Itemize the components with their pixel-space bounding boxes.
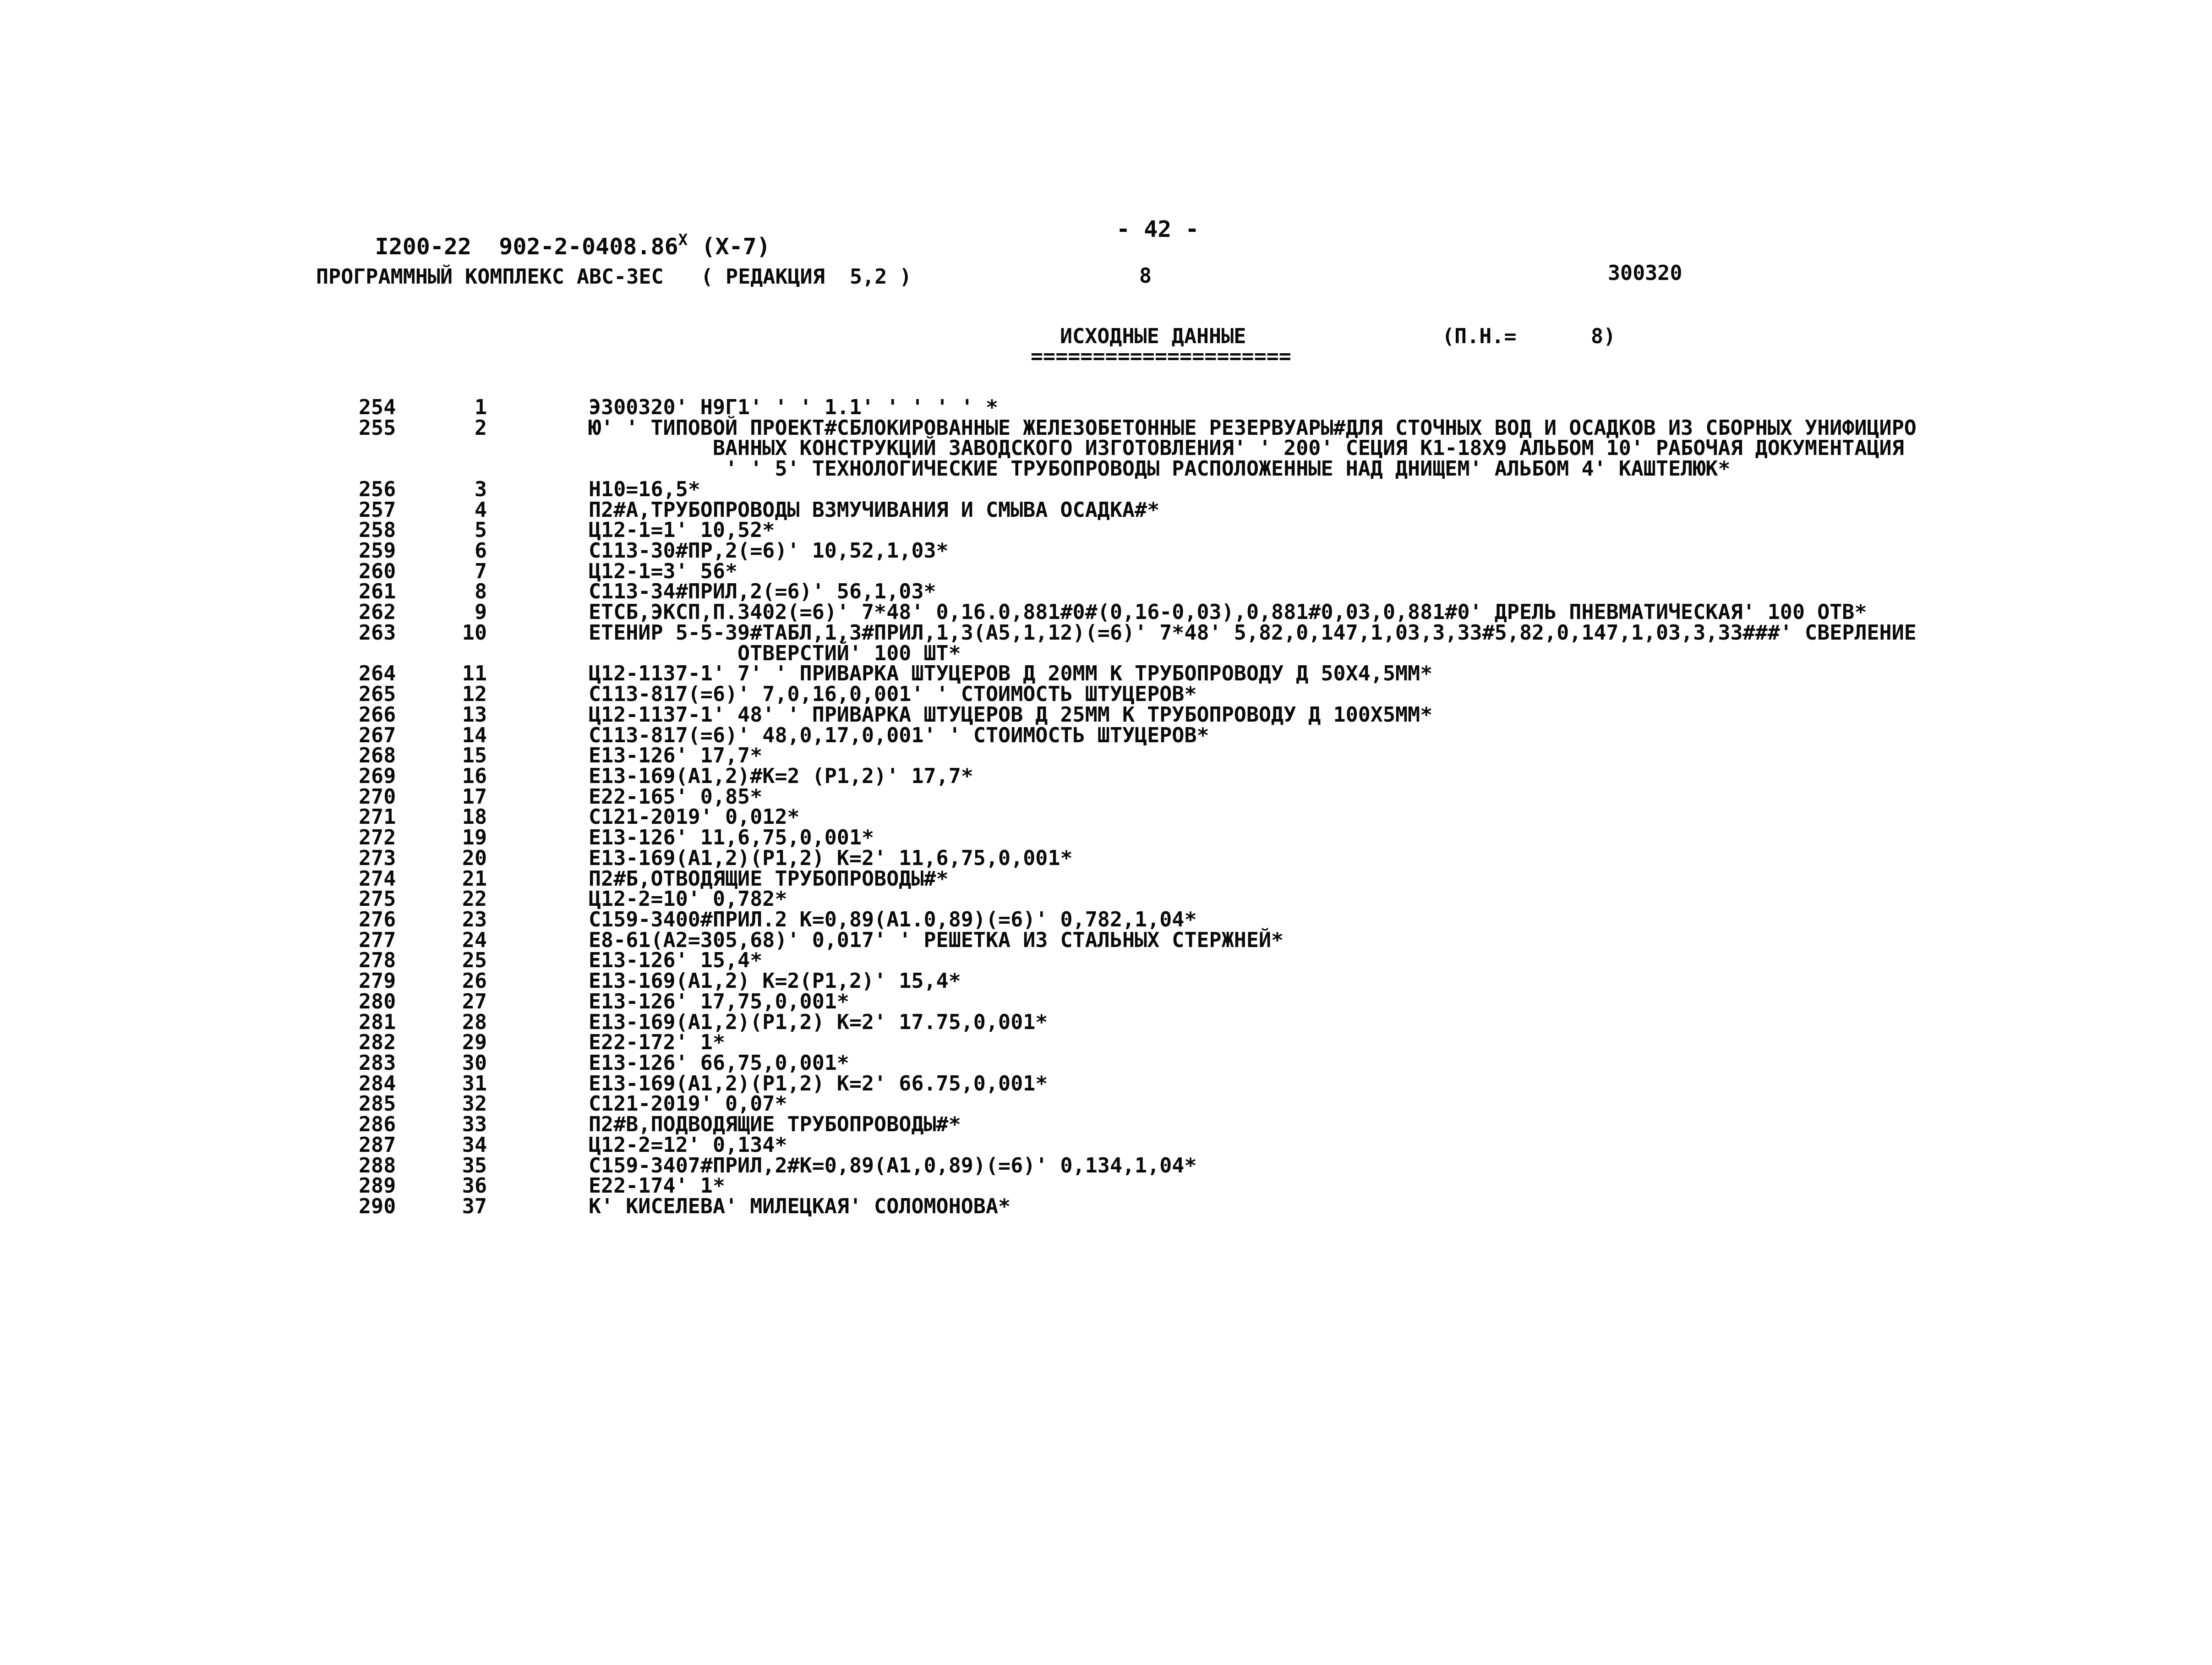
listing-row: 285 32 С121-2019' 0,07* bbox=[0, 1093, 2212, 1114]
statement-number: 15 bbox=[412, 745, 487, 766]
listing-row: 258 5 Ц12-1=1' 10,52* bbox=[0, 520, 2212, 541]
line-number: 258 bbox=[359, 520, 396, 541]
line-number: 257 bbox=[359, 499, 396, 520]
statement-text: Е22-174' 1* bbox=[589, 1175, 725, 1196]
statement-number: 28 bbox=[412, 1012, 487, 1033]
statement-text: Е13-169(А1,2)(Р1,2) К=2' 66.75,0,001* bbox=[589, 1073, 1048, 1094]
statement-text: С121-2019' 0,012* bbox=[589, 806, 800, 827]
listing-row: 283 30 Е13-126' 66,75,0,001* bbox=[0, 1052, 2212, 1073]
listing-row: 266 13 Ц12-1137-1' 48' ' ПРИВАРКА ШТУЦЕР… bbox=[0, 704, 2212, 725]
line-number: 285 bbox=[359, 1093, 396, 1114]
statement-text: Ц12-1137-1' 48' ' ПРИВАРКА ШТУЦЕРОВ Д 25… bbox=[589, 704, 1432, 725]
statement-text: ' ' 5' ТЕХНОЛОГИЧЕСКИЕ ТРУБОПРОВОДЫ РАСП… bbox=[589, 458, 1731, 479]
line-number: 286 bbox=[359, 1114, 396, 1135]
line-number: 263 bbox=[359, 622, 396, 643]
line-number: 274 bbox=[359, 868, 396, 889]
listing-row: 282 29 Е22-172' 1* bbox=[0, 1032, 2212, 1053]
statement-text: Ц12-1=3' 56* bbox=[589, 561, 737, 582]
statement-text: Ц12-2=10' 0,782* bbox=[589, 888, 787, 909]
listing-row: 287 34 Ц12-2=12' 0,134* bbox=[0, 1134, 2212, 1156]
listing-row: 265 12 С113-817(=6)' 7,0,16,0,001' ' СТО… bbox=[0, 684, 2212, 705]
statement-text: С159-3407#ПРИЛ,2#К=0,89(А1,0,89)(=6)' 0,… bbox=[589, 1155, 1197, 1176]
listing-row: 276 23 С159-3400#ПРИЛ.2 К=0,89(А1.0,89)(… bbox=[0, 909, 2212, 930]
statement-text: С159-3400#ПРИЛ.2 К=0,89(А1.0,89)(=6)' 0,… bbox=[589, 909, 1197, 930]
line-number: 266 bbox=[359, 704, 396, 725]
line-number: 260 bbox=[359, 561, 396, 582]
listing-row: 281 28 Е13-169(А1,2)(Р1,2) К=2' 17.75,0,… bbox=[0, 1012, 2212, 1033]
statement-text: Э300320' Н9Г1' ' ' 1.1' ' ' ' ' * bbox=[589, 397, 998, 418]
statement-number: 7 bbox=[412, 561, 487, 582]
listing-row: ВАННЫХ КОНСТРУКЦИЙ ЗАВОДСКОГО ИЗГОТОВЛЕН… bbox=[0, 438, 2212, 459]
listing-row: 270 17 Е22-165' 0,85* bbox=[0, 786, 2212, 807]
statement-text: С113-30#ПР,2(=6)' 10,52,1,03* bbox=[589, 540, 949, 561]
listing-row: 256 3 Н10=16,5* bbox=[0, 479, 2212, 500]
line-number: 275 bbox=[359, 888, 396, 909]
line-number: 265 bbox=[359, 684, 396, 705]
statement-text: Е22-172' 1* bbox=[589, 1032, 725, 1053]
listing-row: 260 7 Ц12-1=3' 56* bbox=[0, 561, 2212, 582]
listing-row: 257 4 П2#А,ТРУБОПРОВОДЫ ВЗМУЧИВАНИЯ И СМ… bbox=[0, 499, 2212, 520]
statement-text: П2#Б,ОТВОДЯЩИЕ ТРУБОПРОВОДЫ#* bbox=[589, 868, 949, 889]
line-number: 269 bbox=[359, 766, 396, 787]
statement-number: 26 bbox=[412, 970, 487, 991]
listing-row: 288 35 С159-3407#ПРИЛ,2#К=0,89(А1,0,89)(… bbox=[0, 1155, 2212, 1176]
line-number: 255 bbox=[359, 417, 396, 438]
document-code-tail: (Х-7) bbox=[688, 233, 770, 260]
statement-number: 22 bbox=[412, 888, 487, 909]
listing-row: 255 2 Ю' ' ТИПОВОЙ ПРОЕКТ#СБЛОКИРОВАННЫЕ… bbox=[0, 417, 2212, 438]
statement-number: 9 bbox=[412, 602, 487, 623]
statement-number: 36 bbox=[412, 1175, 487, 1196]
statement-number: 13 bbox=[412, 704, 487, 725]
statement-number: 14 bbox=[412, 725, 487, 746]
listing-row: 263 10 ЕТЕНИР 5-5-39#ТАБЛ,1,3#ПРИЛ,1,3(А… bbox=[0, 622, 2212, 643]
line-number: 254 bbox=[359, 397, 396, 418]
statement-number: 29 bbox=[412, 1032, 487, 1053]
listing-row: 290 37 К' КИСЕЛЕВА' МИЛЕЦКАЯ' СОЛОМОНОВА… bbox=[0, 1196, 2212, 1217]
statement-number: 19 bbox=[412, 827, 487, 848]
line-number: 290 bbox=[359, 1196, 396, 1217]
statement-text: ВАННЫХ КОНСТРУКЦИЙ ЗАВОДСКОГО ИЗГОТОВЛЕН… bbox=[589, 438, 1904, 459]
statement-number: 34 bbox=[412, 1134, 487, 1156]
section-title-underline: ===================== bbox=[1031, 345, 1291, 367]
statement-text: Е13-126' 11,6,75,0,001* bbox=[589, 827, 874, 848]
statement-text: Е13-126' 66,75,0,001* bbox=[589, 1052, 849, 1073]
statement-number: 10 bbox=[412, 622, 487, 643]
statement-number: 32 bbox=[412, 1093, 487, 1114]
statement-number: 3 bbox=[412, 479, 487, 500]
sheet-number: 8 bbox=[1139, 265, 1152, 286]
line-number: 271 bbox=[359, 806, 396, 827]
statement-number: 35 bbox=[412, 1155, 487, 1176]
line-number: 289 bbox=[359, 1175, 396, 1196]
statement-text: Е13-169(А1,2)#К=2 (Р1,2)' 17,7* bbox=[589, 766, 973, 787]
statement-number: 6 bbox=[412, 540, 487, 561]
line-number: 287 bbox=[359, 1134, 396, 1156]
statement-text: Ц12-2=12' 0,134* bbox=[589, 1134, 787, 1156]
statement-text: С113-817(=6)' 48,0,17,0,001' ' СТОИМОСТЬ… bbox=[589, 725, 1209, 746]
listing-row: 277 24 Е8-61(А2=305,68)' 0,017' ' РЕШЕТК… bbox=[0, 930, 2212, 951]
listing-row: 264 11 Ц12-1137-1' 7' ' ПРИВАРКА ШТУЦЕРО… bbox=[0, 663, 2212, 684]
line-number: 280 bbox=[359, 991, 396, 1012]
program-title: ПРОГРАММНЫЙ КОМПЛЕКС АВС-3ЕС ( РЕДАКЦИЯ … bbox=[316, 266, 912, 287]
listing-row: 267 14 С113-817(=6)' 48,0,17,0,001' ' СТ… bbox=[0, 725, 2212, 746]
listing-row: 279 26 Е13-169(А1,2) К=2(Р1,2)' 15,4* bbox=[0, 970, 2212, 991]
statement-text: Ц12-1=1' 10,52* bbox=[589, 520, 775, 541]
scanned-listing-page: I200-22 902-2-0408.86X (Х-7) - 42 - ПРОГ… bbox=[0, 0, 2212, 1665]
line-number: 261 bbox=[359, 581, 396, 602]
statement-text: ЕТСБ,ЭКСП,П.3402(=6)' 7*48' 0,16.0,881#0… bbox=[589, 602, 1867, 623]
listing-row: 269 16 Е13-169(А1,2)#К=2 (Р1,2)' 17,7* bbox=[0, 766, 2212, 787]
statement-number: 17 bbox=[412, 786, 487, 807]
statement-number: 25 bbox=[412, 950, 487, 971]
form-code: 300320 bbox=[1608, 262, 1682, 284]
statement-number: 18 bbox=[412, 806, 487, 827]
line-number: 262 bbox=[359, 602, 396, 623]
statement-number: 21 bbox=[412, 868, 487, 889]
statement-number: 5 bbox=[412, 520, 487, 541]
statement-text: ОТВЕРСТИЙ' 100 ШТ* bbox=[589, 643, 961, 664]
statement-number: 30 bbox=[412, 1052, 487, 1073]
line-number: 272 bbox=[359, 827, 396, 848]
statement-text: П2#В,ПОДВОДЯЩИЕ ТРУБОПРОВОДЫ#* bbox=[589, 1114, 961, 1135]
statement-number: 24 bbox=[412, 930, 487, 951]
statement-text: Е8-61(А2=305,68)' 0,017' ' РЕШЕТКА ИЗ СТ… bbox=[589, 930, 1284, 951]
listing-row: 271 18 С121-2019' 0,012* bbox=[0, 806, 2212, 827]
listing-row: ' ' 5' ТЕХНОЛОГИЧЕСКИЕ ТРУБОПРОВОДЫ РАСП… bbox=[0, 458, 2212, 479]
statement-number: 2 bbox=[412, 417, 487, 438]
listing-row: 278 25 Е13-126' 15,4* bbox=[0, 950, 2212, 971]
statement-text: Е13-126' 15,4* bbox=[589, 950, 762, 971]
page-number: - 42 - bbox=[1116, 217, 1199, 241]
listing-row: 262 9 ЕТСБ,ЭКСП,П.3402(=6)' 7*48' 0,16.0… bbox=[0, 602, 2212, 623]
listing-row: 286 33 П2#В,ПОДВОДЯЩИЕ ТРУБОПРОВОДЫ#* bbox=[0, 1114, 2212, 1135]
statement-text: ЕТЕНИР 5-5-39#ТАБЛ,1,3#ПРИЛ,1,3(А5,1,12)… bbox=[589, 622, 1917, 643]
statement-text: П2#А,ТРУБОПРОВОДЫ ВЗМУЧИВАНИЯ И СМЫВА ОС… bbox=[589, 499, 1159, 520]
listing-row: 275 22 Ц12-2=10' 0,782* bbox=[0, 888, 2212, 909]
statement-text: С121-2019' 0,07* bbox=[589, 1093, 787, 1114]
line-number: 256 bbox=[359, 479, 396, 500]
statement-number: 23 bbox=[412, 909, 487, 930]
statement-text: Е22-165' 0,85* bbox=[589, 786, 762, 807]
listing-row: 289 36 Е22-174' 1* bbox=[0, 1175, 2212, 1196]
listing-row: 254 1 Э300320' Н9Г1' ' ' 1.1' ' ' ' ' * bbox=[0, 397, 2212, 418]
statement-text: Е13-169(А1,2)(Р1,2) К=2' 11,6,75,0,001* bbox=[589, 848, 1073, 869]
line-number: 282 bbox=[359, 1032, 396, 1053]
document-code-main: I200-22 902-2-0408.86 bbox=[375, 233, 678, 260]
listing-row: 273 20 Е13-169(А1,2)(Р1,2) К=2' 11,6,75,… bbox=[0, 848, 2212, 869]
listing-row: 284 31 Е13-169(А1,2)(Р1,2) К=2' 66.75,0,… bbox=[0, 1073, 2212, 1094]
line-number: 281 bbox=[359, 1012, 396, 1033]
listing-row: 261 8 С113-34#ПРИЛ,2(=6)' 56,1,03* bbox=[0, 581, 2212, 602]
statement-number: 1 bbox=[412, 397, 487, 418]
listing-row: 280 27 Е13-126' 17,75,0,001* bbox=[0, 991, 2212, 1012]
statement-number: 27 bbox=[412, 991, 487, 1012]
line-number: 259 bbox=[359, 540, 396, 561]
statement-text: Е13-126' 17,75,0,001* bbox=[589, 991, 849, 1012]
statement-text: С113-34#ПРИЛ,2(=6)' 56,1,03* bbox=[589, 581, 936, 602]
statement-text: Е13-126' 17,7* bbox=[589, 745, 762, 766]
listing-row: 274 21 П2#Б,ОТВОДЯЩИЕ ТРУБОПРОВОДЫ#* bbox=[0, 868, 2212, 889]
line-number: 284 bbox=[359, 1073, 396, 1094]
line-number: 279 bbox=[359, 970, 396, 991]
statement-text: Н10=16,5* bbox=[589, 479, 700, 500]
line-number: 283 bbox=[359, 1052, 396, 1073]
statement-number: 33 bbox=[412, 1114, 487, 1135]
line-number: 267 bbox=[359, 725, 396, 746]
section-pn-label: (П.Н.= 8) bbox=[1442, 325, 1616, 347]
line-number: 273 bbox=[359, 848, 396, 869]
listing-row: 259 6 С113-30#ПР,2(=6)' 10,52,1,03* bbox=[0, 540, 2212, 561]
statement-number: 8 bbox=[412, 581, 487, 602]
statement-text: Ю' ' ТИПОВОЙ ПРОЕКТ#СБЛОКИРОВАННЫЕ ЖЕЛЕЗ… bbox=[589, 417, 1917, 438]
statement-number: 11 bbox=[412, 663, 487, 684]
line-number: 278 bbox=[359, 950, 396, 971]
statement-text: Е13-169(А1,2)(Р1,2) К=2' 17.75,0,001* bbox=[589, 1012, 1048, 1033]
listing-row: 272 19 Е13-126' 11,6,75,0,001* bbox=[0, 827, 2212, 848]
statement-number: 31 bbox=[412, 1073, 487, 1094]
line-number: 277 bbox=[359, 930, 396, 951]
statement-text: Е13-169(А1,2) К=2(Р1,2)' 15,4* bbox=[589, 970, 961, 991]
line-number: 276 bbox=[359, 909, 396, 930]
statement-number: 37 bbox=[412, 1196, 487, 1217]
statement-text: С113-817(=6)' 7,0,16,0,001' ' СТОИМОСТЬ … bbox=[589, 684, 1197, 705]
statement-text: Ц12-1137-1' 7' ' ПРИВАРКА ШТУЦЕРОВ Д 20М… bbox=[589, 663, 1432, 684]
statement-number: 12 bbox=[412, 684, 487, 705]
statement-number: 20 bbox=[412, 848, 487, 869]
statement-number: 4 bbox=[412, 499, 487, 520]
listing-row: 268 15 Е13-126' 17,7* bbox=[0, 745, 2212, 766]
line-number: 264 bbox=[359, 663, 396, 684]
statement-text: К' КИСЕЛЕВА' МИЛЕЦКАЯ' СОЛОМОНОВА* bbox=[589, 1196, 1010, 1217]
statement-number: 16 bbox=[412, 766, 487, 787]
line-number: 288 bbox=[359, 1155, 396, 1176]
line-number: 270 bbox=[359, 786, 396, 807]
line-number: 268 bbox=[359, 745, 396, 766]
document-code-superscript: X bbox=[678, 231, 688, 249]
listing-row: ОТВЕРСТИЙ' 100 ШТ* bbox=[0, 643, 2212, 664]
